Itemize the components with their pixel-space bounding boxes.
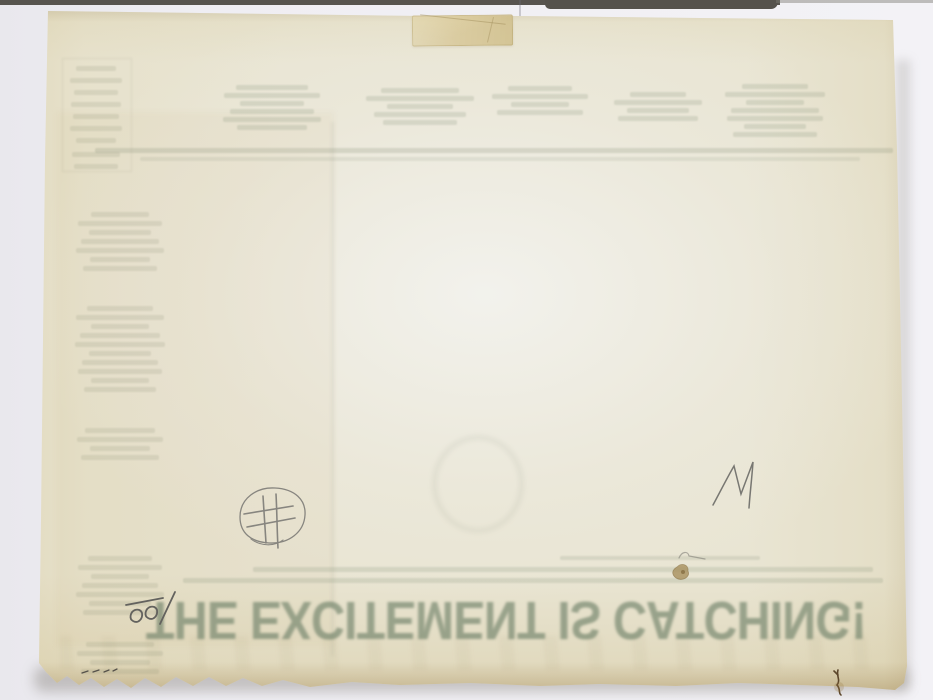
- bleed-illegible-text-line: [614, 100, 702, 105]
- bleed-illegible-text-line: [140, 157, 860, 161]
- bleed-illegible-text-line: [253, 567, 873, 572]
- bleed-illegible-text-line: [88, 556, 152, 561]
- bleed-illegible-text-line: [78, 369, 162, 374]
- table-edge-strip-faint: [776, 0, 933, 3]
- bleed-illegible-text-line: [91, 324, 149, 329]
- bleed-illegible-text-line: [74, 90, 118, 95]
- bleed-illegible-text-line: [387, 104, 453, 109]
- bleed-tagline-text: THE EXCITEMENT IS CATCHING!: [146, 589, 866, 651]
- bleed-illegible-text-line: [224, 93, 320, 98]
- bleed-illegible-text-line: [725, 92, 825, 97]
- bleed-illegible-text-line: [78, 221, 162, 226]
- backdrop-seam-line: [519, 0, 521, 17]
- photo-of-poster-back: THE EXCITEMENT IS CATCHING!: [0, 0, 933, 700]
- bleed-illegible-text-line: [381, 88, 459, 93]
- bleed-illegible-text-line: [90, 257, 150, 262]
- bleed-illegible-text-line: [508, 86, 572, 91]
- bleed-illegible-text-line: [627, 108, 689, 113]
- bleed-illegible-text-line: [90, 446, 150, 451]
- bleed-illegible-text-line: [223, 117, 321, 122]
- bleed-illegible-text-line: [183, 578, 883, 583]
- bleed-illegible-text-line: [84, 387, 156, 392]
- bleed-illegible-text-line: [89, 351, 151, 356]
- bleed-logo-circle: [432, 435, 524, 533]
- bleed-illegible-text-line: [497, 110, 583, 115]
- poster-paper-back: THE EXCITEMENT IS CATCHING!: [0, 0, 933, 700]
- bleed-illegible-text-line: [89, 230, 151, 235]
- bleed-illegible-text-line: [83, 266, 157, 271]
- bleed-illegible-text-line: [87, 306, 153, 311]
- bleed-illegible-text-line: [70, 126, 122, 131]
- bleed-illegible-text-line: [89, 601, 151, 606]
- bleed-illegible-text-line: [77, 437, 163, 442]
- bleed-illegible-text-line: [83, 610, 157, 615]
- bleed-illegible-text-line: [76, 248, 164, 253]
- yellowed-tape-piece: [412, 14, 513, 46]
- bleed-illegible-text-line: [374, 112, 466, 117]
- bleed-illegible-text-line: [78, 565, 162, 570]
- bleed-illegible-text-line: [618, 116, 698, 121]
- bleed-illegible-text-line: [744, 124, 806, 129]
- bleed-illegible-text-line: [75, 342, 165, 347]
- bleed-illegible-text-line: [82, 583, 158, 588]
- bleed-column-divider: [331, 122, 334, 656]
- bleed-illegible-text-line: [76, 592, 164, 597]
- bleed-illegible-text-line: [81, 455, 159, 460]
- bleed-illegible-text-line: [731, 108, 819, 113]
- bleed-illegible-text-line: [76, 315, 164, 320]
- bleed-illegible-text-line: [73, 114, 119, 119]
- bleed-illegible-text-line: [492, 94, 588, 99]
- bleed-illegible-text-line: [74, 164, 118, 169]
- bleed-illegible-text-line: [95, 148, 893, 153]
- bleed-illegible-text-line: [82, 360, 158, 365]
- bleed-illegible-text-line: [76, 66, 116, 71]
- bleed-illegible-text-line: [86, 642, 154, 647]
- bleed-illegible-text-line: [80, 333, 160, 338]
- bleed-illegible-text-line: [742, 84, 808, 89]
- bleed-illegible-text-line: [91, 574, 149, 579]
- bleed-illegible-text-line: [366, 96, 474, 101]
- bleed-illegible-text-line: [630, 92, 686, 97]
- bleed-illegible-text-line: [71, 102, 121, 107]
- bleed-illegible-text-line: [240, 101, 304, 106]
- bleed-illegible-text-line: [91, 378, 149, 383]
- bleed-illegible-text-line: [511, 102, 569, 107]
- bleed-illegible-text-line: [727, 116, 823, 121]
- bleed-illegible-text-line: [91, 212, 149, 217]
- bleed-illegible-text-line: [236, 85, 308, 90]
- bleed-illegible-text-line: [560, 556, 760, 560]
- bleed-illegible-text-line: [81, 239, 159, 244]
- bleed-illegible-text-line: [746, 100, 804, 105]
- bleed-illegible-text-line: [70, 78, 122, 83]
- bleed-illegible-text-line: [237, 125, 307, 130]
- bleed-illegible-text-line: [230, 109, 314, 114]
- bleed-illegible-text-line: [85, 428, 155, 433]
- bleed-illegible-text-line: [383, 120, 457, 125]
- bleed-illegible-text-line: [76, 138, 116, 143]
- table-edge-strip-thick: [545, 0, 778, 9]
- bleed-illegible-text-line: [77, 651, 163, 656]
- bleed-illegible-text-line: [733, 132, 817, 137]
